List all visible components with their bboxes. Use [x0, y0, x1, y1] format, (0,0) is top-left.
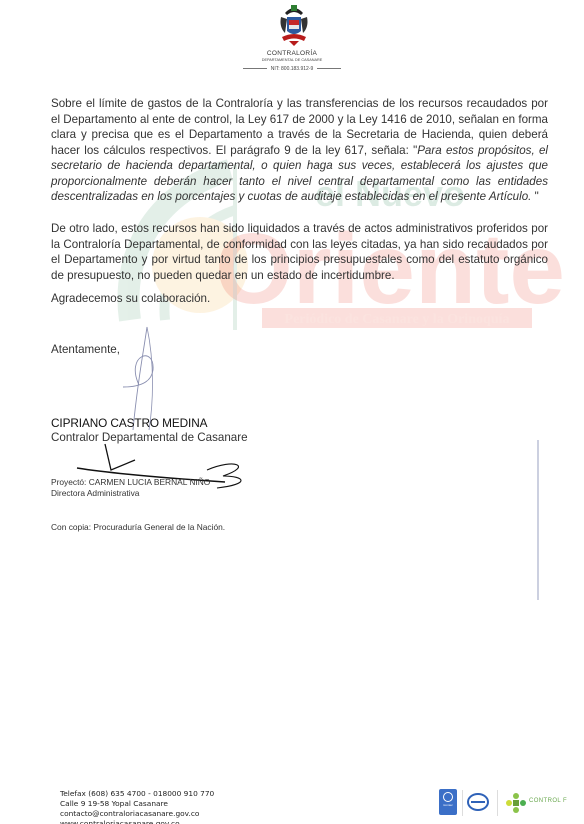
org-name: CONTRALORÍA [0, 50, 584, 57]
paragraph-resources: De otro lado, estos recursos han sido li… [51, 221, 548, 283]
projected-by-role: Directora Administrativa [51, 488, 210, 499]
paragraph-thanks: Agradecemos su colaboración. [51, 291, 548, 307]
iqnet-badge-icon [467, 793, 489, 811]
projected-by: Proyectó: CARMEN LUCIA BERNAL NIÑO Direc… [51, 477, 210, 499]
watermark-tagline: Periódico de Casanare y la Orinoquía [285, 312, 510, 327]
footer-email[interactable]: contacto@contraloriacasanare.gov.co [60, 809, 214, 819]
nit-text: NIT: 800.183.912-9 [271, 66, 314, 72]
control-badge: CONTROL F [505, 792, 584, 814]
signer-title: Contralor Departamental de Casanare [51, 431, 248, 444]
badge-divider [497, 790, 498, 816]
coat-of-arms-icon [279, 3, 309, 47]
margin-mark [535, 440, 541, 600]
badge-divider [462, 790, 463, 816]
footer-contact: Telefax (608) 635 4700 - 018000 910 770 … [60, 789, 214, 824]
salutation: Atentamente, [51, 343, 120, 356]
icontec-label: icontec [443, 803, 453, 807]
control-label: CONTROL F [529, 798, 567, 804]
footer-website[interactable]: www.contraloriacasanare.gov.co [60, 819, 214, 824]
paragraph-1-end: " [531, 190, 538, 203]
org-nit: NIT: 800.183.912-9 [0, 66, 584, 72]
icontec-badge-icon: icontec [439, 789, 457, 815]
control-logo-icon [505, 792, 527, 814]
signer-name: CIPRIANO CASTRO MEDINA [51, 416, 207, 430]
org-subtitle: DEPARTAMENTAL DE CASANARE [0, 58, 584, 62]
copy-to: Con copia: Procuraduría General de la Na… [51, 522, 225, 532]
footer-phone: Telefax (608) 635 4700 - 018000 910 770 [60, 789, 214, 799]
certification-badges: icontec CONTROL F [437, 788, 584, 818]
paragraph-legal-basis: Sobre el límite de gastos de la Contralo… [51, 96, 548, 205]
footer-address: Calle 9 19-58 Yopal Casanare [60, 799, 214, 809]
projected-by-name: Proyectó: CARMEN LUCIA BERNAL NIÑO [51, 477, 210, 488]
